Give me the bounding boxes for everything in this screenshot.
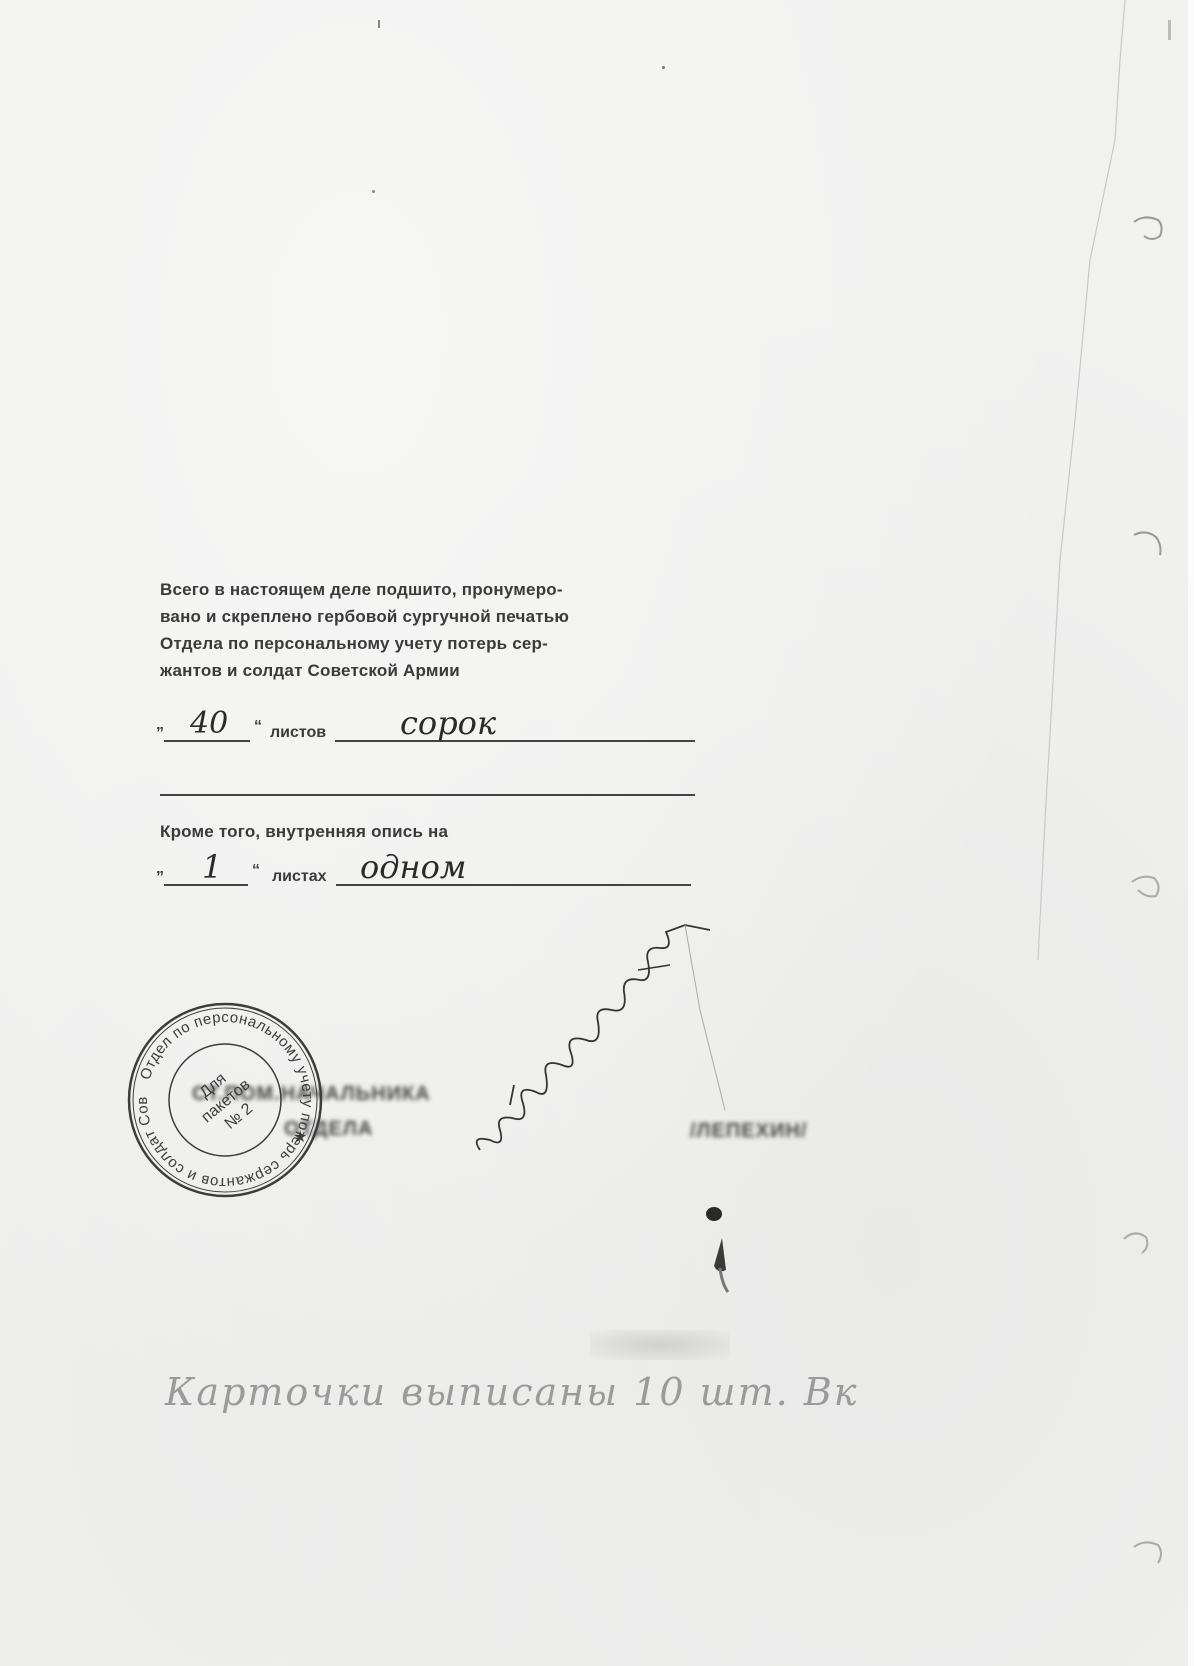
- inventory-intro: Кроме того, внутренняя опись на: [160, 822, 448, 842]
- sheets-words-handwritten: сорок: [400, 704, 496, 742]
- archival-document-page: Всего в настоящем деле подшито, пронумер…: [0, 0, 1194, 1666]
- close-quote: “: [254, 718, 262, 736]
- ink-speck: [378, 20, 380, 28]
- certification-paragraph: Всего в настоящем деле подшито, пронумер…: [160, 576, 700, 684]
- certification-line: вано и скреплено гербовой сургучной печа…: [160, 603, 700, 630]
- sheets-count-row: „ 40 “ листов сорок: [160, 712, 695, 752]
- inventory-label: листах: [272, 868, 327, 886]
- sheets-number-handwritten: 40: [190, 706, 228, 741]
- certification-line: Всего в настоящем деле подшито, пронумер…: [160, 576, 700, 603]
- binding-hole-mark: [1130, 1535, 1168, 1569]
- blank-line: [160, 794, 695, 796]
- binding-hole-mark: [1118, 1225, 1156, 1259]
- pencil-annotation: Карточки выписаны 10 шт. Вк: [165, 1370, 858, 1414]
- ink-speck: [372, 190, 375, 193]
- sheets-label: листов: [270, 724, 326, 742]
- binding-hole-mark: [1128, 868, 1166, 902]
- inventory-count-row: „ 1 “ листах одном: [160, 856, 695, 896]
- close-quote: “: [252, 862, 260, 880]
- words-blank-line: [335, 740, 695, 742]
- open-quote: „: [156, 860, 164, 878]
- binding-hole-mark: [1130, 525, 1168, 559]
- open-quote: „: [156, 716, 164, 734]
- paper-crease-line: [1020, 0, 1194, 960]
- certification-line: Отдела по персональному учету потерь сер…: [160, 630, 700, 657]
- certification-line: жантов и солдат Советской Армии: [160, 657, 700, 684]
- ink-speck: [662, 66, 665, 69]
- inventory-number-handwritten: 1: [202, 848, 222, 886]
- binding-hole-mark: [1130, 210, 1168, 244]
- ink-blot: [700, 1200, 740, 1300]
- star-icon: ★: [293, 1129, 307, 1146]
- inventory-words-handwritten: одном: [360, 848, 466, 886]
- handwritten-signature: [470, 910, 740, 1160]
- smudge: [590, 1330, 730, 1360]
- official-round-stamp: Отдел по персональному учету потерь серж…: [125, 1000, 325, 1200]
